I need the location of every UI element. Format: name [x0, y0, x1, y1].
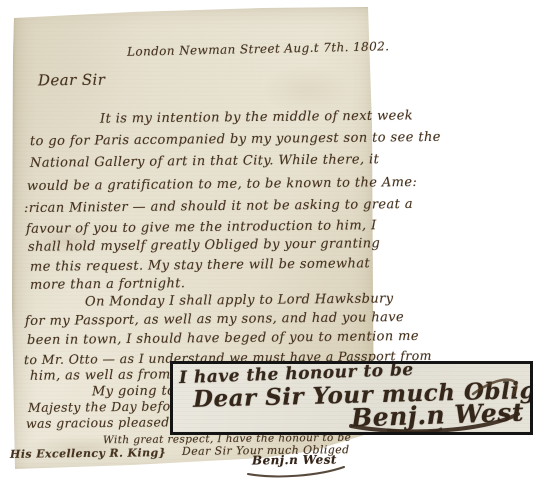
letter-addressee: His Excellency R. King}	[10, 446, 166, 461]
letter-signature: Benj.n West	[252, 453, 337, 468]
letter-line: was gracious pleased to	[26, 414, 187, 431]
paper-stain	[262, 65, 352, 115]
letter-line: him, as well as from t	[30, 367, 181, 384]
magnified-signature-inset: I have the honour to be Dear Sir Your mu…	[170, 361, 533, 435]
scanned-letter-photo: London Newman Street Aug.t 7th. 1802. De…	[0, 0, 550, 496]
letter-line: more than a fortnight.	[30, 276, 186, 293]
inset-signature: Benj.n West —	[351, 396, 533, 432]
letter-salutation: Dear Sir	[38, 71, 105, 90]
letter-line: My going to	[92, 384, 176, 400]
letter-line: to go for Paris accompanied by my younge…	[30, 130, 441, 149]
